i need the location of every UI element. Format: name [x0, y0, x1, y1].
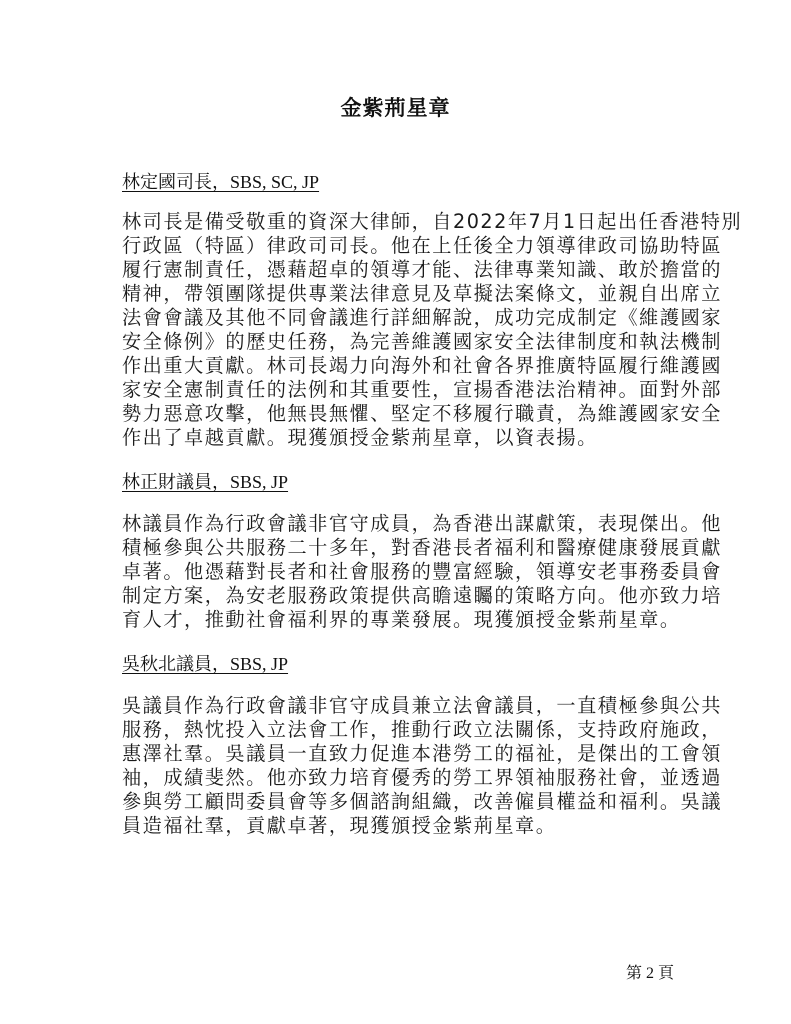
body-line: 作出重大貢獻。林司長竭力向海外和社會各界推廣特區履行維護國	[122, 354, 692, 378]
body-line: 員造福社羣，貢獻卓著，現獲頒授金紫荊星章。	[122, 814, 692, 838]
body-line: 卓著。他憑藉對長者和社會服務的豐富經驗，領導安老事務委員會	[122, 560, 692, 584]
body-line: 履行憲制責任，憑藉超卓的領導才能、法律專業知識、敢於擔當的	[122, 258, 692, 282]
body-line: 惠澤社羣。吳議員一直致力促進本港勞工的福祉，是傑出的工會領	[122, 742, 692, 766]
section-body-lam-ching-choi: 林議員作為行政會議非官守成員，為香港出謀獻策，表現傑出。他 積極參與公共服務二十…	[122, 512, 692, 632]
body-line: 作出了卓越貢獻。現獲頒授金紫荊星章，以資表揚。	[122, 426, 692, 450]
body-line: 育人才，推動社會福利界的專業發展。現獲頒授金紫荊星章。	[122, 608, 692, 632]
body-line: 制定方案，為安老服務政策提供高瞻遠矚的策略方向。他亦致力培	[122, 584, 692, 608]
section-heading-lam-ching-choi: 林正財議員，SBS, JP	[122, 468, 288, 494]
section-heading-ng-chau-pei: 吳秋北議員，SBS, JP	[122, 650, 288, 676]
section-body-lam-ting-kwok: 林司長是備受敬重的資深大律師，自2022年7月1日起出任香港特別 行政區（特區）…	[122, 210, 692, 450]
body-line: 林議員作為行政會議非官守成員，為香港出謀獻策，表現傑出。他	[122, 512, 692, 536]
section-heading-lam-ting-kwok: 林定國司長，SBS, SC, JP	[122, 168, 319, 194]
section-body-ng-chau-pei: 吳議員作為行政會議非官守成員兼立法會議員，一直積極參與公共 服務，熱忱投入立法會…	[122, 694, 692, 838]
body-line: 行政區（特區）律政司司長。他在上任後全力領導律政司協助特區	[122, 234, 692, 258]
body-line: 袖，成績斐然。他亦致力培育優秀的勞工界領袖服務社會，並透過	[122, 766, 692, 790]
body-line: 吳議員作為行政會議非官守成員兼立法會議員，一直積極參與公共	[122, 694, 692, 718]
body-line: 精神，帶領團隊提供專業法律意見及草擬法案條文，並親自出席立	[122, 282, 692, 306]
body-line: 服務，熱忱投入立法會工作，推動行政立法關係，支持政府施政，	[122, 718, 692, 742]
body-line: 家安全憲制責任的法例和其重要性，宣揚香港法治精神。面對外部	[122, 378, 692, 402]
body-line: 法會會議及其他不同會議進行詳細解說，成功完成制定《維護國家	[122, 306, 692, 330]
document-page: 金紫荊星章 林定國司長，SBS, SC, JP 林司長是備受敬重的資深大律師，自…	[0, 0, 791, 1024]
body-line: 積極參與公共服務二十多年，對香港長者福利和醫療健康發展貢獻	[122, 536, 692, 560]
body-line: 參與勞工顧問委員會等多個諮詢組織，改善僱員權益和福利。吳議	[122, 790, 692, 814]
body-line: 林司長是備受敬重的資深大律師，自2022年7月1日起出任香港特別	[122, 210, 692, 234]
body-line: 安全條例》的歷史任務，為完善維護國家安全法律制度和執法機制	[122, 330, 692, 354]
body-line: 勢力惡意攻擊，他無畏無懼、堅定不移履行職責，為維護國家安全	[122, 402, 692, 426]
page-number: 第 2 頁	[626, 960, 674, 983]
page-title: 金紫荊星章	[0, 92, 791, 122]
